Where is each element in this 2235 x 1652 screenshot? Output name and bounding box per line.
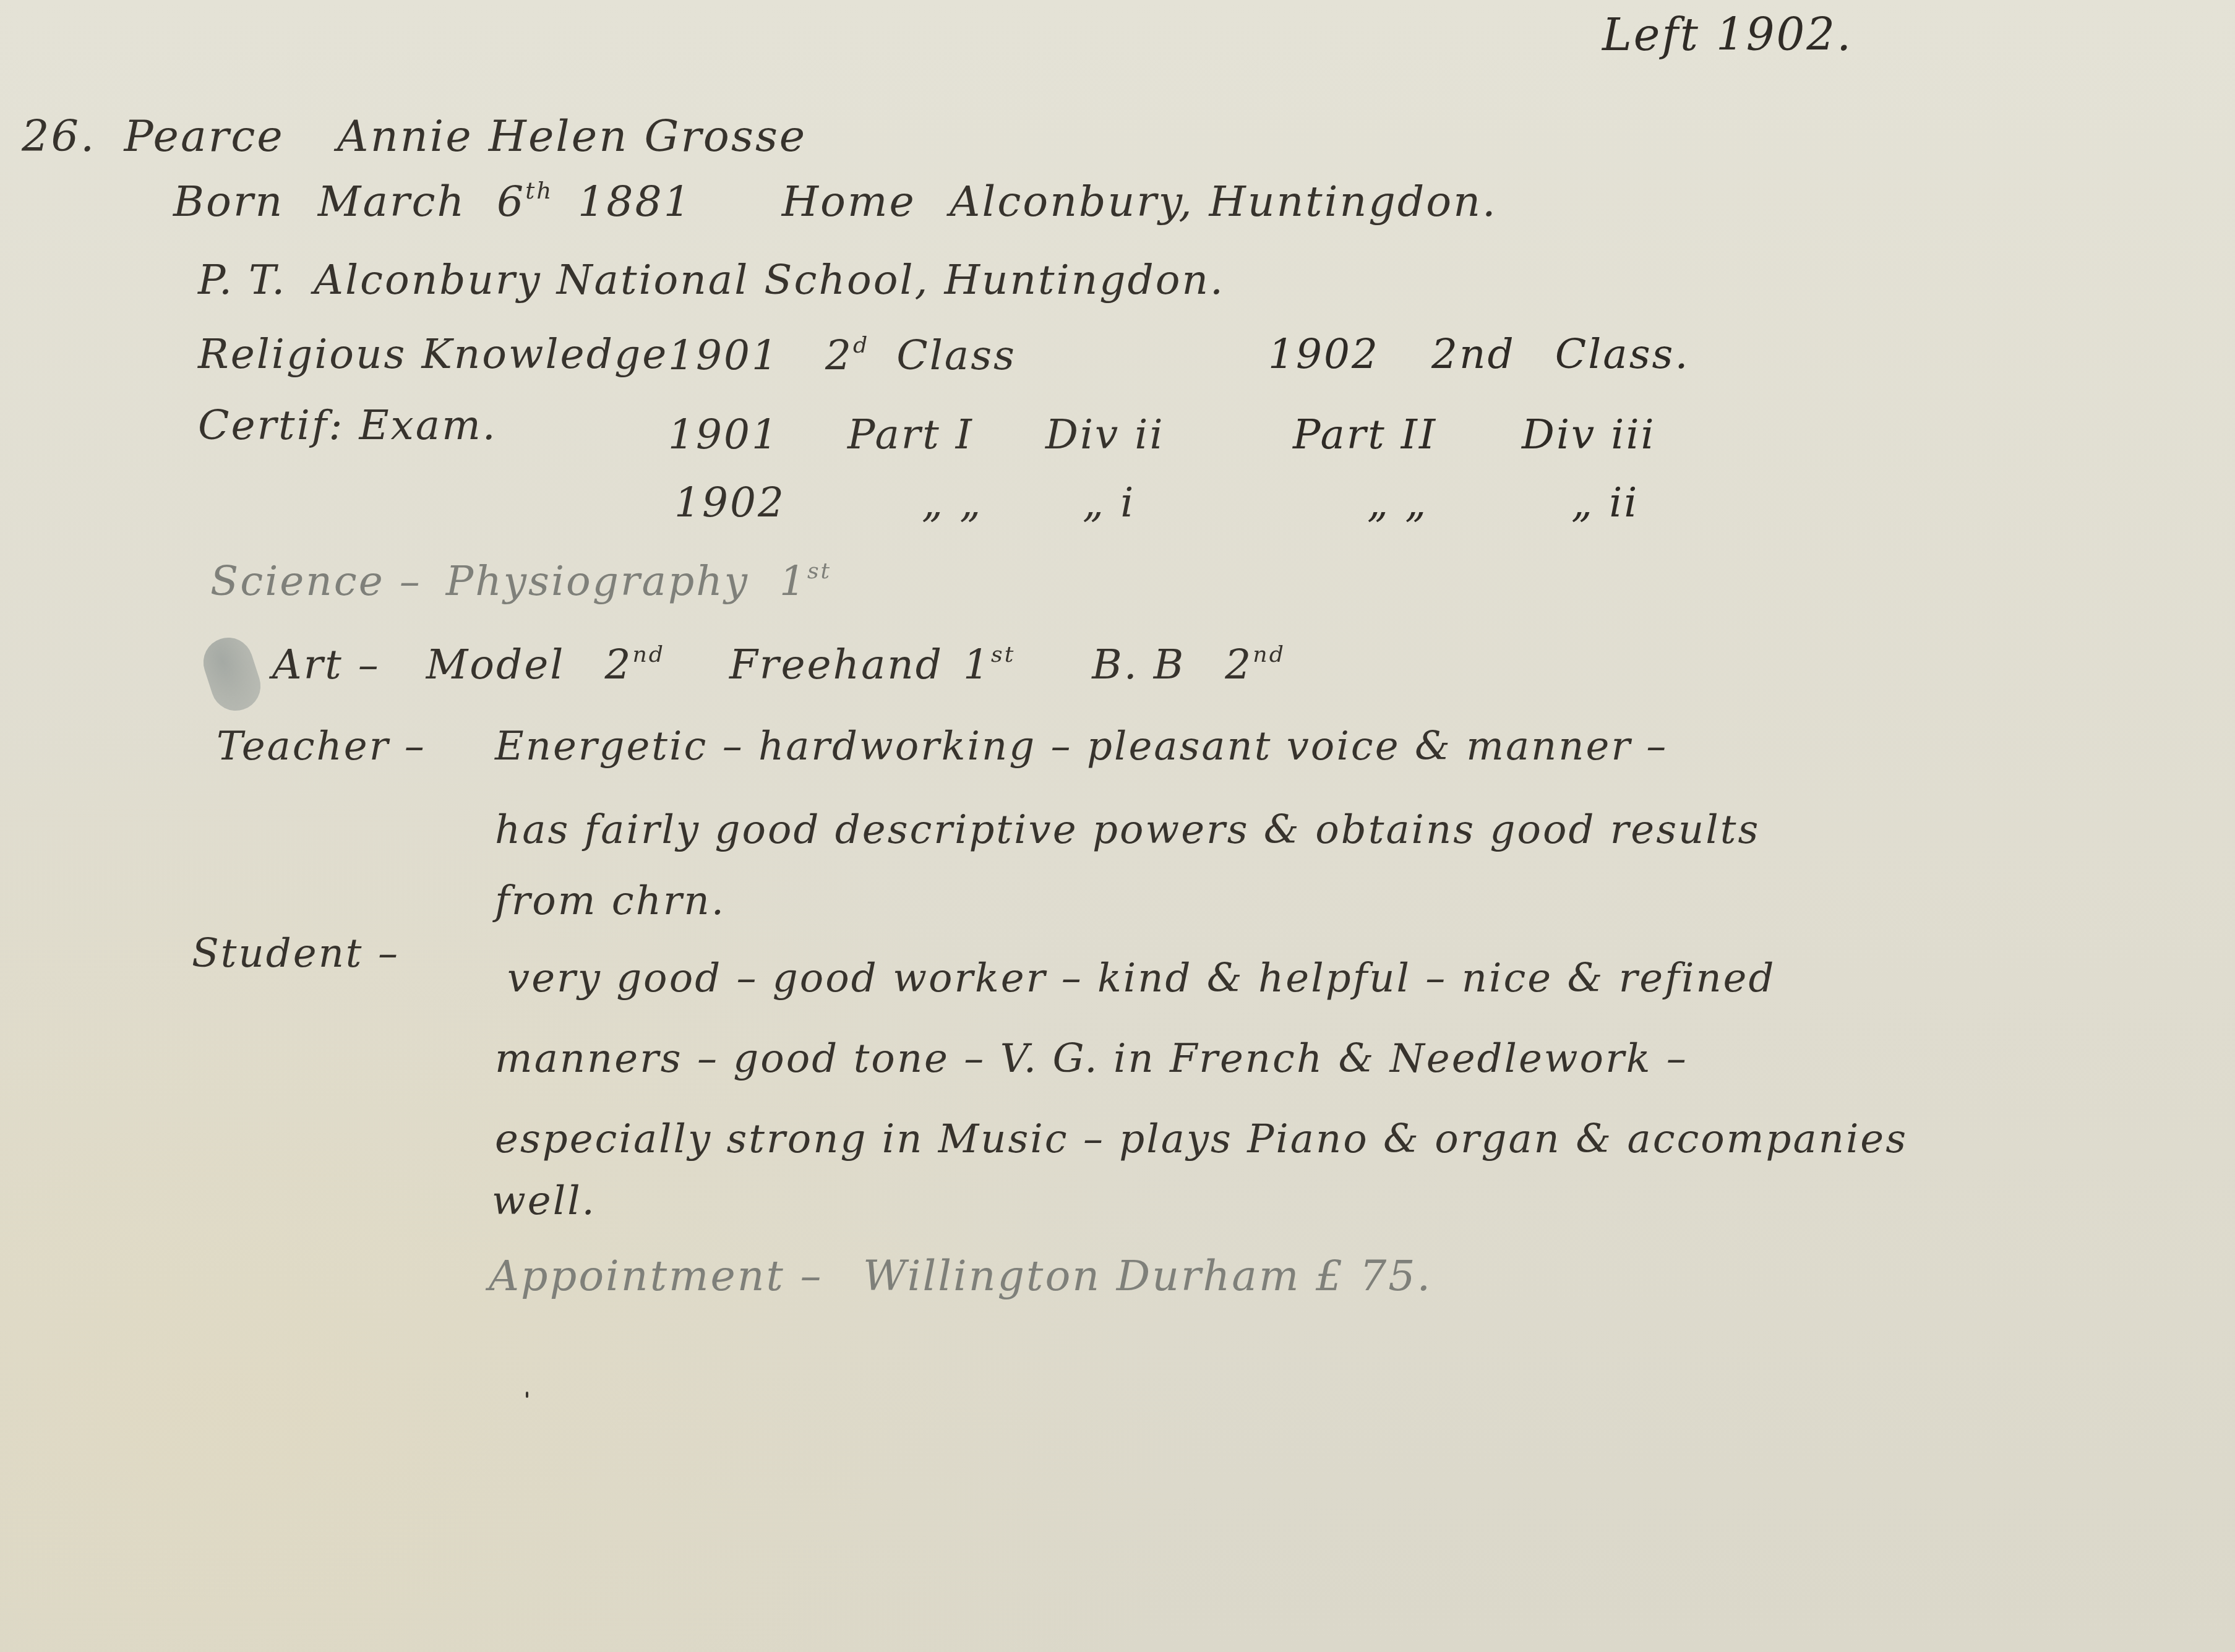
science-label: Science – [210, 557, 422, 605]
pupil-teacher-line: P. T. Alconbury National School, Hunting… [198, 260, 1225, 301]
appointment-value: Willington Durham £ 75. [863, 1252, 1432, 1301]
certif-year: 1901 [668, 414, 779, 455]
art-bb-grade-suffix: nd [1253, 641, 1285, 667]
art-bb: B. B [1092, 641, 1185, 688]
teacher-text: from chrn. [495, 878, 726, 924]
entry-heading: 26. Pearce Annie Helen Grosse [22, 114, 807, 158]
certif-part-a: „ „ [922, 482, 982, 523]
religious-1902: 1902 2nd Class. [1268, 334, 1689, 375]
certif-label-text: Certif: Exam. [198, 401, 497, 449]
teacher-text: Energetic – hardworking – pleasant voice… [495, 724, 1668, 769]
entry-given-names: Annie Helen Grosse [337, 111, 807, 161]
teacher-line-2: has fairly good descriptive powers & obt… [495, 810, 1760, 850]
certif-div-a: „ i [1083, 482, 1135, 523]
teacher-label-text: Teacher – [217, 724, 426, 769]
student-text: manners – good tone – V. G. in French & … [495, 1036, 1688, 1082]
science-line: Science – Physiography 1st [210, 560, 831, 602]
religious-1901-class-suffix: d [853, 332, 869, 358]
religious-1901-class-word: Class [896, 332, 1016, 379]
student-line-3: especially strong in Music – plays Piano… [495, 1119, 1908, 1159]
science-grade: 1 [779, 557, 807, 605]
student-line-2: manners – good tone – V. G. in French & … [495, 1039, 1688, 1079]
left-year-note: Left 1902. [1602, 12, 1853, 57]
teacher-text: has fairly good descriptive powers & obt… [495, 807, 1760, 853]
entry-number: 26. [22, 111, 96, 161]
religious-1901-class: 2 [825, 332, 853, 379]
document-page: Left 1902. 26. Pearce Annie Helen Grosse… [0, 0, 2235, 1652]
art-line: Art – Model 2nd Freehand 1st B. B 2nd [272, 643, 1285, 685]
left-year-text: Left 1902. [1602, 9, 1853, 61]
science-grade-suffix: st [807, 557, 831, 584]
art-model: Model [426, 641, 565, 688]
certif-div-b: „ ii [1571, 482, 1639, 523]
born-day: 6 [497, 178, 525, 226]
certif-year: 1902 [674, 482, 786, 523]
religious-1902-year: 1902 [1268, 330, 1379, 378]
religious-label: Religious Knowledge [198, 330, 668, 378]
religious-1901: 1901 2d Class [668, 334, 1016, 376]
ink-blot [197, 631, 267, 717]
appointment-label: Appointment – [489, 1252, 823, 1301]
entry-surname: Pearce [124, 111, 285, 161]
religious-1901-year: 1901 [668, 332, 779, 379]
teacher-line-3: from chrn. [495, 881, 726, 921]
certif-div-b: Div iii [1522, 414, 1656, 455]
art-label: Art – [272, 641, 380, 688]
teacher-line-1: Energetic – hardworking – pleasant voice… [495, 727, 1668, 766]
born-month: March [318, 178, 466, 226]
student-text: very good – good worker – kind & helpful… [507, 956, 1775, 1001]
certif-part-b: Part II [1293, 414, 1437, 455]
home-value: Alconbury, Huntingdon. [950, 178, 1497, 226]
student-text: especially strong in Music – plays Piano… [495, 1116, 1908, 1162]
student-text: well. [492, 1178, 596, 1224]
religious-1902-class-word: Class. [1555, 330, 1690, 378]
certif-part-b: „ „ [1367, 482, 1428, 523]
art-bb-grade: 2 [1225, 641, 1253, 688]
student-line-1: very good – good worker – kind & helpful… [507, 959, 1775, 998]
born-line: Born March 6th 1881 Home Alconbury, Hunt… [173, 179, 1498, 223]
pt-value: Alconbury National School, Huntingdon. [314, 256, 1225, 304]
appointment-line: Appointment – Willington Durham £ 75. [489, 1256, 1432, 1298]
student-line-4: well. [492, 1181, 596, 1221]
art-model-grade: 2 [604, 641, 632, 688]
science-value: Physiography [446, 557, 749, 605]
born-label: Born [173, 178, 284, 226]
art-freehand-grade: 1 [963, 641, 991, 688]
born-day-suffix: th [525, 177, 553, 204]
certif-part-a: Part I [847, 414, 974, 455]
art-model-grade-suffix: nd [632, 641, 665, 667]
art-freehand-grade-suffix: st [991, 641, 1015, 667]
student-label-text: Student – [192, 931, 400, 977]
teacher-label: Teacher – [217, 727, 426, 766]
born-year: 1881 [578, 178, 692, 226]
student-label: Student – [192, 934, 400, 974]
certif-label: Certif: Exam. [198, 405, 497, 446]
religious-knowledge-line: Religious Knowledge [198, 334, 668, 375]
religious-1902-class: 2nd [1431, 330, 1516, 378]
home-label: Home [782, 178, 916, 226]
certif-div-a: Div ii [1045, 414, 1165, 455]
art-freehand: Freehand [729, 641, 943, 688]
pt-label: P. T. [198, 256, 286, 304]
paper-speck [526, 1392, 528, 1398]
